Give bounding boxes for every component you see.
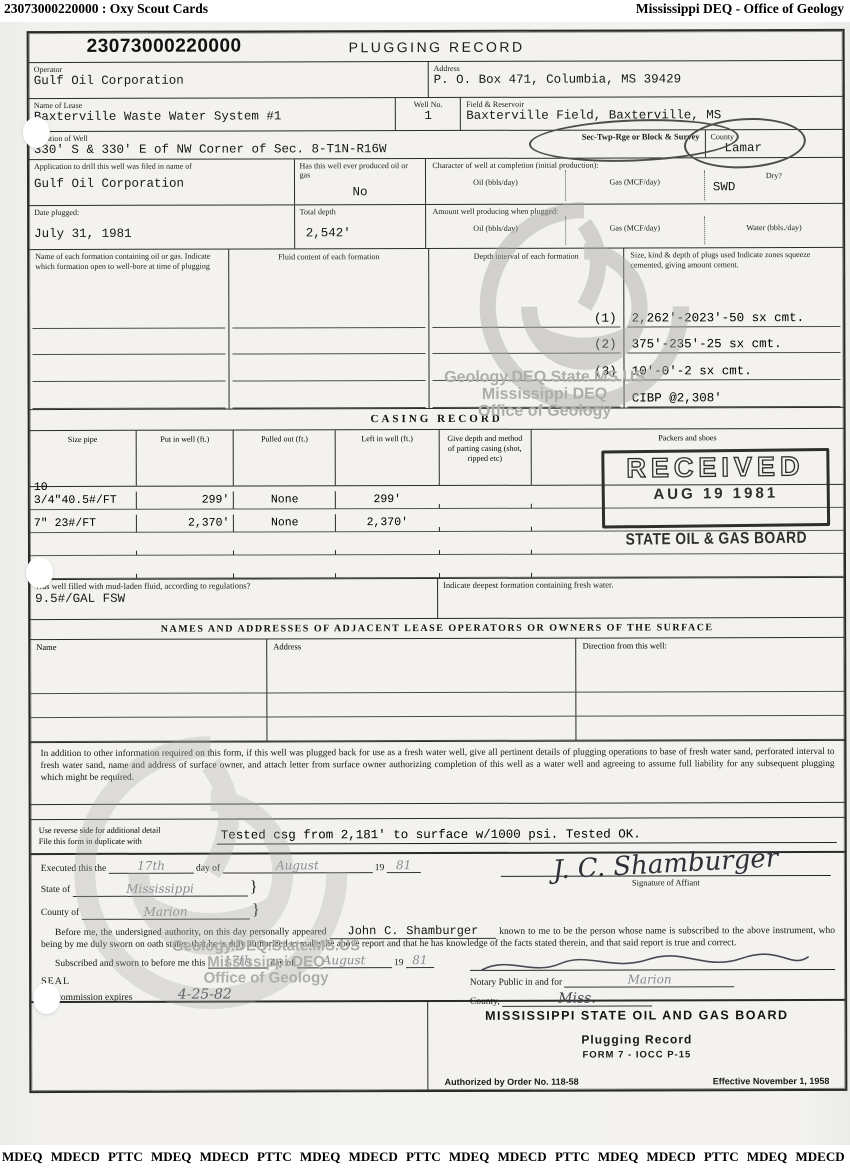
notary-before: Before me, the undersigned authority, on… — [55, 927, 327, 938]
received-stamp: RECEIVED AUG 19 1981 STATE OIL & GAS BOA… — [601, 448, 830, 553]
character-oil-label: Oil (bbls/day) — [473, 178, 518, 187]
date-plugged-row: Date plugged: July 31, 1981 Total depth … — [29, 204, 843, 250]
effective-date: Effective November 1, 1958 — [713, 1076, 830, 1086]
state-of-label: State of — [41, 885, 70, 895]
notary-paragraph: Before me, the undersigned authority, on… — [41, 923, 835, 951]
formation-name-header: Name of each formation containing oil or… — [29, 250, 229, 302]
fresh-water-cell: Indicate deepest formation containing fr… — [437, 578, 844, 618]
plugs-column: Size, kind & depth of plugs used Indicat… — [623, 248, 843, 408]
plug-number: (3) — [432, 354, 620, 381]
form-title: PLUGGING RECORD — [349, 39, 525, 55]
casing-row-empty — [30, 554, 844, 579]
adjacent-row-empty — [30, 668, 844, 694]
amount-label: Amount well producing when plugged: — [426, 206, 843, 216]
operator-value: Gulf Oil Corporation — [34, 73, 423, 88]
address-value: P. O. Box 471, Columbia, MS 39429 — [434, 72, 838, 87]
state-brace: } — [250, 878, 258, 895]
footer-left-box — [31, 1002, 428, 1093]
casing-header-parting: Give depth and method of parting casing … — [438, 430, 530, 485]
formation-name-row — [33, 382, 226, 409]
hole-punch — [33, 983, 60, 1014]
subscribed-day-blank: 17th — [208, 955, 268, 969]
formation-name-row — [32, 328, 225, 355]
adjacent-operators-title: NAMES AND ADDRESSES OF ADJACENT LEASE OP… — [30, 618, 844, 640]
well-no-value: 1 — [401, 109, 455, 123]
record-name: Plugging Record — [428, 1032, 845, 1047]
form-number: FORM 7 - IOCC P-15 — [428, 1049, 845, 1061]
date-plugged-value: July 31, 1981 — [34, 227, 289, 242]
footer-boxes: MISSISSIPPI STATE OIL AND GAS BOARD Plug… — [31, 999, 845, 1093]
plugs-header: Size, kind & depth of plugs used Indicat… — [624, 248, 843, 300]
amount-water-col: Water (bbls./day) — [704, 216, 843, 244]
character-dry-label: Dry? — [705, 171, 843, 181]
plug-number: (2) — [432, 327, 620, 354]
adjacent-header-address: Address — [266, 639, 575, 670]
executed-month-blank: August — [222, 859, 372, 873]
formation-name-column: Name of each formation containing oil or… — [29, 250, 229, 410]
footer-strip-text: MDEQ MDECD PTTC MDEQ MDECD PTTC MDEQ MDE… — [2, 1149, 850, 1164]
mud-fluid-cell: Was well filled with mud-laden fluid, ac… — [30, 579, 437, 619]
subscribed-month-blank: August — [297, 954, 392, 968]
casing-header-left: Left in well (ft.) — [335, 430, 439, 485]
character-cell: Character of well at completion (initial… — [425, 158, 843, 204]
county-brace: } — [252, 901, 260, 918]
received-stamp-agency: STATE OIL & GAS BOARD — [611, 528, 821, 549]
application-label: Application to drill this well was filed… — [34, 161, 289, 171]
operator-cell: Operator Gulf Oil Corporation — [29, 62, 428, 98]
execution-section: Executed this the 17th day of August 19 … — [31, 853, 845, 1001]
casing-putin: 2,370' — [136, 515, 234, 533]
casing-header-putin: Put in well (ft.) — [135, 431, 233, 486]
total-depth-label: Total depth — [300, 207, 421, 217]
casing-record-title: CASING RECORD — [30, 408, 844, 431]
fluid-content-header: Fluid content of each formation — [230, 249, 429, 301]
casing-left: 299' — [335, 491, 438, 509]
subscribed-year-blank: 81 — [406, 954, 434, 968]
fluid-content-row — [233, 381, 425, 408]
received-stamp-date: AUG 19 1981 — [605, 484, 827, 504]
reverse-label-2: File this form in duplicate with — [39, 836, 217, 847]
casing-parting — [439, 527, 531, 532]
casing-pulled: None — [233, 491, 335, 509]
fluid-content-row — [233, 328, 425, 355]
operator-address-row: Operator Gulf Oil Corporation Address P.… — [29, 61, 843, 99]
character-dry-col: Dry? SWD — [704, 170, 843, 200]
subscribed-label: Subscribed and sworn to before me this — [55, 959, 205, 969]
application-value: Gulf Oil Corporation — [34, 177, 289, 192]
adjacent-header-name: Name — [30, 639, 266, 670]
amount-oil-label: Oil (bbls/day) — [473, 224, 518, 233]
formation-name-row — [32, 355, 225, 382]
adjacent-header-row: Name Address Direction from this well: — [30, 638, 844, 670]
hole-punch — [26, 557, 53, 588]
date-plugged-cell: Date plugged: July 31, 1981 — [29, 205, 294, 249]
well-no-cell: Well No. 1 — [395, 98, 460, 130]
executed-day-blank: 17th — [109, 860, 194, 874]
viewer-header: 23073000220000 : Oxy Scout Cards Mississ… — [0, 0, 850, 22]
seal-label: SEAL — [41, 975, 470, 987]
subscribed-day-of: day of — [270, 959, 294, 969]
produced-value: No — [300, 185, 421, 199]
address-cell: Address P. O. Box 471, Columbia, MS 3942… — [428, 61, 843, 97]
amount-gas-col: Gas (MCF/day) — [565, 216, 704, 244]
date-plugged-label: Date plugged: — [34, 207, 289, 217]
lease-value: Baxterville Waste Water System #1 — [34, 109, 390, 124]
executed-day-of: day of — [196, 864, 220, 874]
fresh-water-label: Indicate deepest formation containing fr… — [443, 580, 839, 591]
character-oil-col: Oil (bbls/day) — [426, 171, 564, 201]
notary-column: Notary Public in and for Marion County, … — [470, 953, 835, 1007]
plugback-note: In addition to other information require… — [30, 741, 844, 805]
api-number: 23073000220000 — [87, 36, 242, 58]
mud-fluid-row: Was well filled with mud-laden fluid, ac… — [30, 578, 844, 620]
adjacent-row-empty — [30, 692, 844, 718]
plug-entry: 2,262'-2023'-50 sx cmt. — [628, 300, 841, 327]
footer-right-box: MISSISSIPPI STATE OIL AND GAS BOARD Plug… — [428, 1001, 845, 1092]
depth-interval-header: Depth interval of each formation — [429, 249, 623, 301]
amount-water-label: Water (bbls./day) — [746, 223, 801, 232]
casing-size: 7" 23#/FT — [30, 515, 136, 533]
casing-putin: 299' — [136, 492, 234, 510]
adjacent-operators-table: Name Address Direction from this well: — [30, 638, 844, 743]
subscribed-year-prefix: 19 — [394, 958, 404, 968]
formation-table: Name of each formation containing oil or… — [29, 248, 843, 410]
county-of-label: County of — [41, 908, 79, 918]
plug-number — [432, 381, 620, 408]
hole-punch — [23, 117, 50, 148]
character-gas-label: Gas (MCF/day) — [609, 178, 659, 187]
executed-year-blank: 81 — [387, 859, 421, 873]
amount-oil-col: Oil (bbls/day) — [427, 217, 565, 245]
plug-entry: 375'-235'-25 sx cmt. — [628, 326, 841, 353]
casing-left: 2,370' — [335, 514, 438, 532]
depth-interval-column: Depth interval of each formation (1) (2)… — [428, 249, 624, 409]
produced-cell: Has this well ever produced oil or gas N… — [293, 159, 425, 204]
lease-cell: Name of Lease Baxterville Waste Water Sy… — [29, 98, 395, 131]
viewer-footer: MDEQ MDECD PTTC MDEQ MDECD PTTC MDEQ MDE… — [0, 1145, 850, 1168]
fluid-content-column: Fluid content of each formation — [229, 249, 429, 409]
casing-header-size: Size pipe — [30, 431, 136, 486]
casing-pulled: None — [233, 514, 335, 532]
plug-entry: CIBP @2,308' — [628, 380, 841, 407]
notary-signature-rule — [470, 969, 835, 971]
commission-blank: 4-25-82 — [135, 989, 275, 1003]
authorized-by: Authorized by Order No. 118-58 — [445, 1077, 579, 1087]
application-cell: Application to drill this well was filed… — [29, 159, 294, 205]
received-stamp-text: RECEIVED — [604, 453, 826, 483]
location-value: 330' S & 330' E of NW Corner of Sec. 8-T… — [34, 142, 480, 157]
fluid-content-row — [233, 301, 425, 328]
plug-number: (1) — [432, 300, 620, 327]
appeared-name: John C. Shamburger — [329, 924, 496, 939]
formation-name-row — [32, 301, 225, 328]
total-depth-cell: Total depth 2,542' — [294, 205, 426, 248]
adjacent-header-direction: Direction from this well: — [576, 638, 845, 669]
board-name: MISSISSIPPI STATE OIL AND GAS BOARD — [428, 1008, 845, 1023]
plug-entry: 10'-0'-2 sx cmt. — [628, 353, 841, 380]
casing-size: 10 3/4"40.5#/FT — [30, 479, 136, 510]
tested-csg-note: Tested csg from 2,181' to surface w/1000… — [217, 826, 837, 844]
character-gas-col: Gas (MCF/day) — [565, 170, 704, 200]
mud-fluid-value: 9.5#/GAL FSW — [35, 591, 432, 606]
well-no-label: Well No. — [401, 100, 455, 109]
executed-prefix: Executed this the — [41, 864, 106, 874]
viewer-title-left: 23073000220000 : Oxy Scout Cards — [4, 1, 208, 17]
affiant-signature-block: J. C. Shamburger Signature of Affiant — [501, 849, 831, 888]
location-cell: Location of Well 330' S & 330' E of NW C… — [29, 131, 485, 159]
scanned-document: 23073000220000 PLUGGING RECORD Operator … — [0, 22, 850, 1145]
casing-header-pulled: Pulled out (ft.) — [233, 430, 335, 485]
seal-column: Subscribed and sworn to before me this 1… — [41, 954, 470, 1008]
adjacent-row-empty — [30, 716, 844, 742]
fluid-content-row — [233, 354, 425, 381]
character-dry-value: SWD — [705, 180, 843, 194]
executed-year-prefix: 19 — [375, 863, 385, 873]
produced-label: Has this well ever produced oil or gas — [300, 161, 421, 180]
amount-gas-label: Gas (MCF/day) — [610, 224, 660, 233]
form-titlebar: 23073000220000 PLUGGING RECORD — [29, 31, 843, 63]
viewer-title-right: Mississippi DEQ - Office of Geology — [636, 1, 844, 17]
plugging-record-form: 23073000220000 PLUGGING RECORD Operator … — [27, 29, 848, 1093]
state-of-blank: Mississippi — [73, 882, 248, 896]
casing-parting — [438, 504, 530, 509]
reverse-label-1: Use reverse side for additional detail — [39, 826, 217, 837]
county-of-blank: Marion — [82, 905, 250, 919]
total-depth-value: 2,542' — [300, 226, 421, 240]
amount-cell: Amount well producing when plugged: Oil … — [425, 204, 843, 248]
notary-signature-scribble — [480, 951, 810, 976]
notary-public-label: Notary Public in and for — [470, 978, 562, 988]
